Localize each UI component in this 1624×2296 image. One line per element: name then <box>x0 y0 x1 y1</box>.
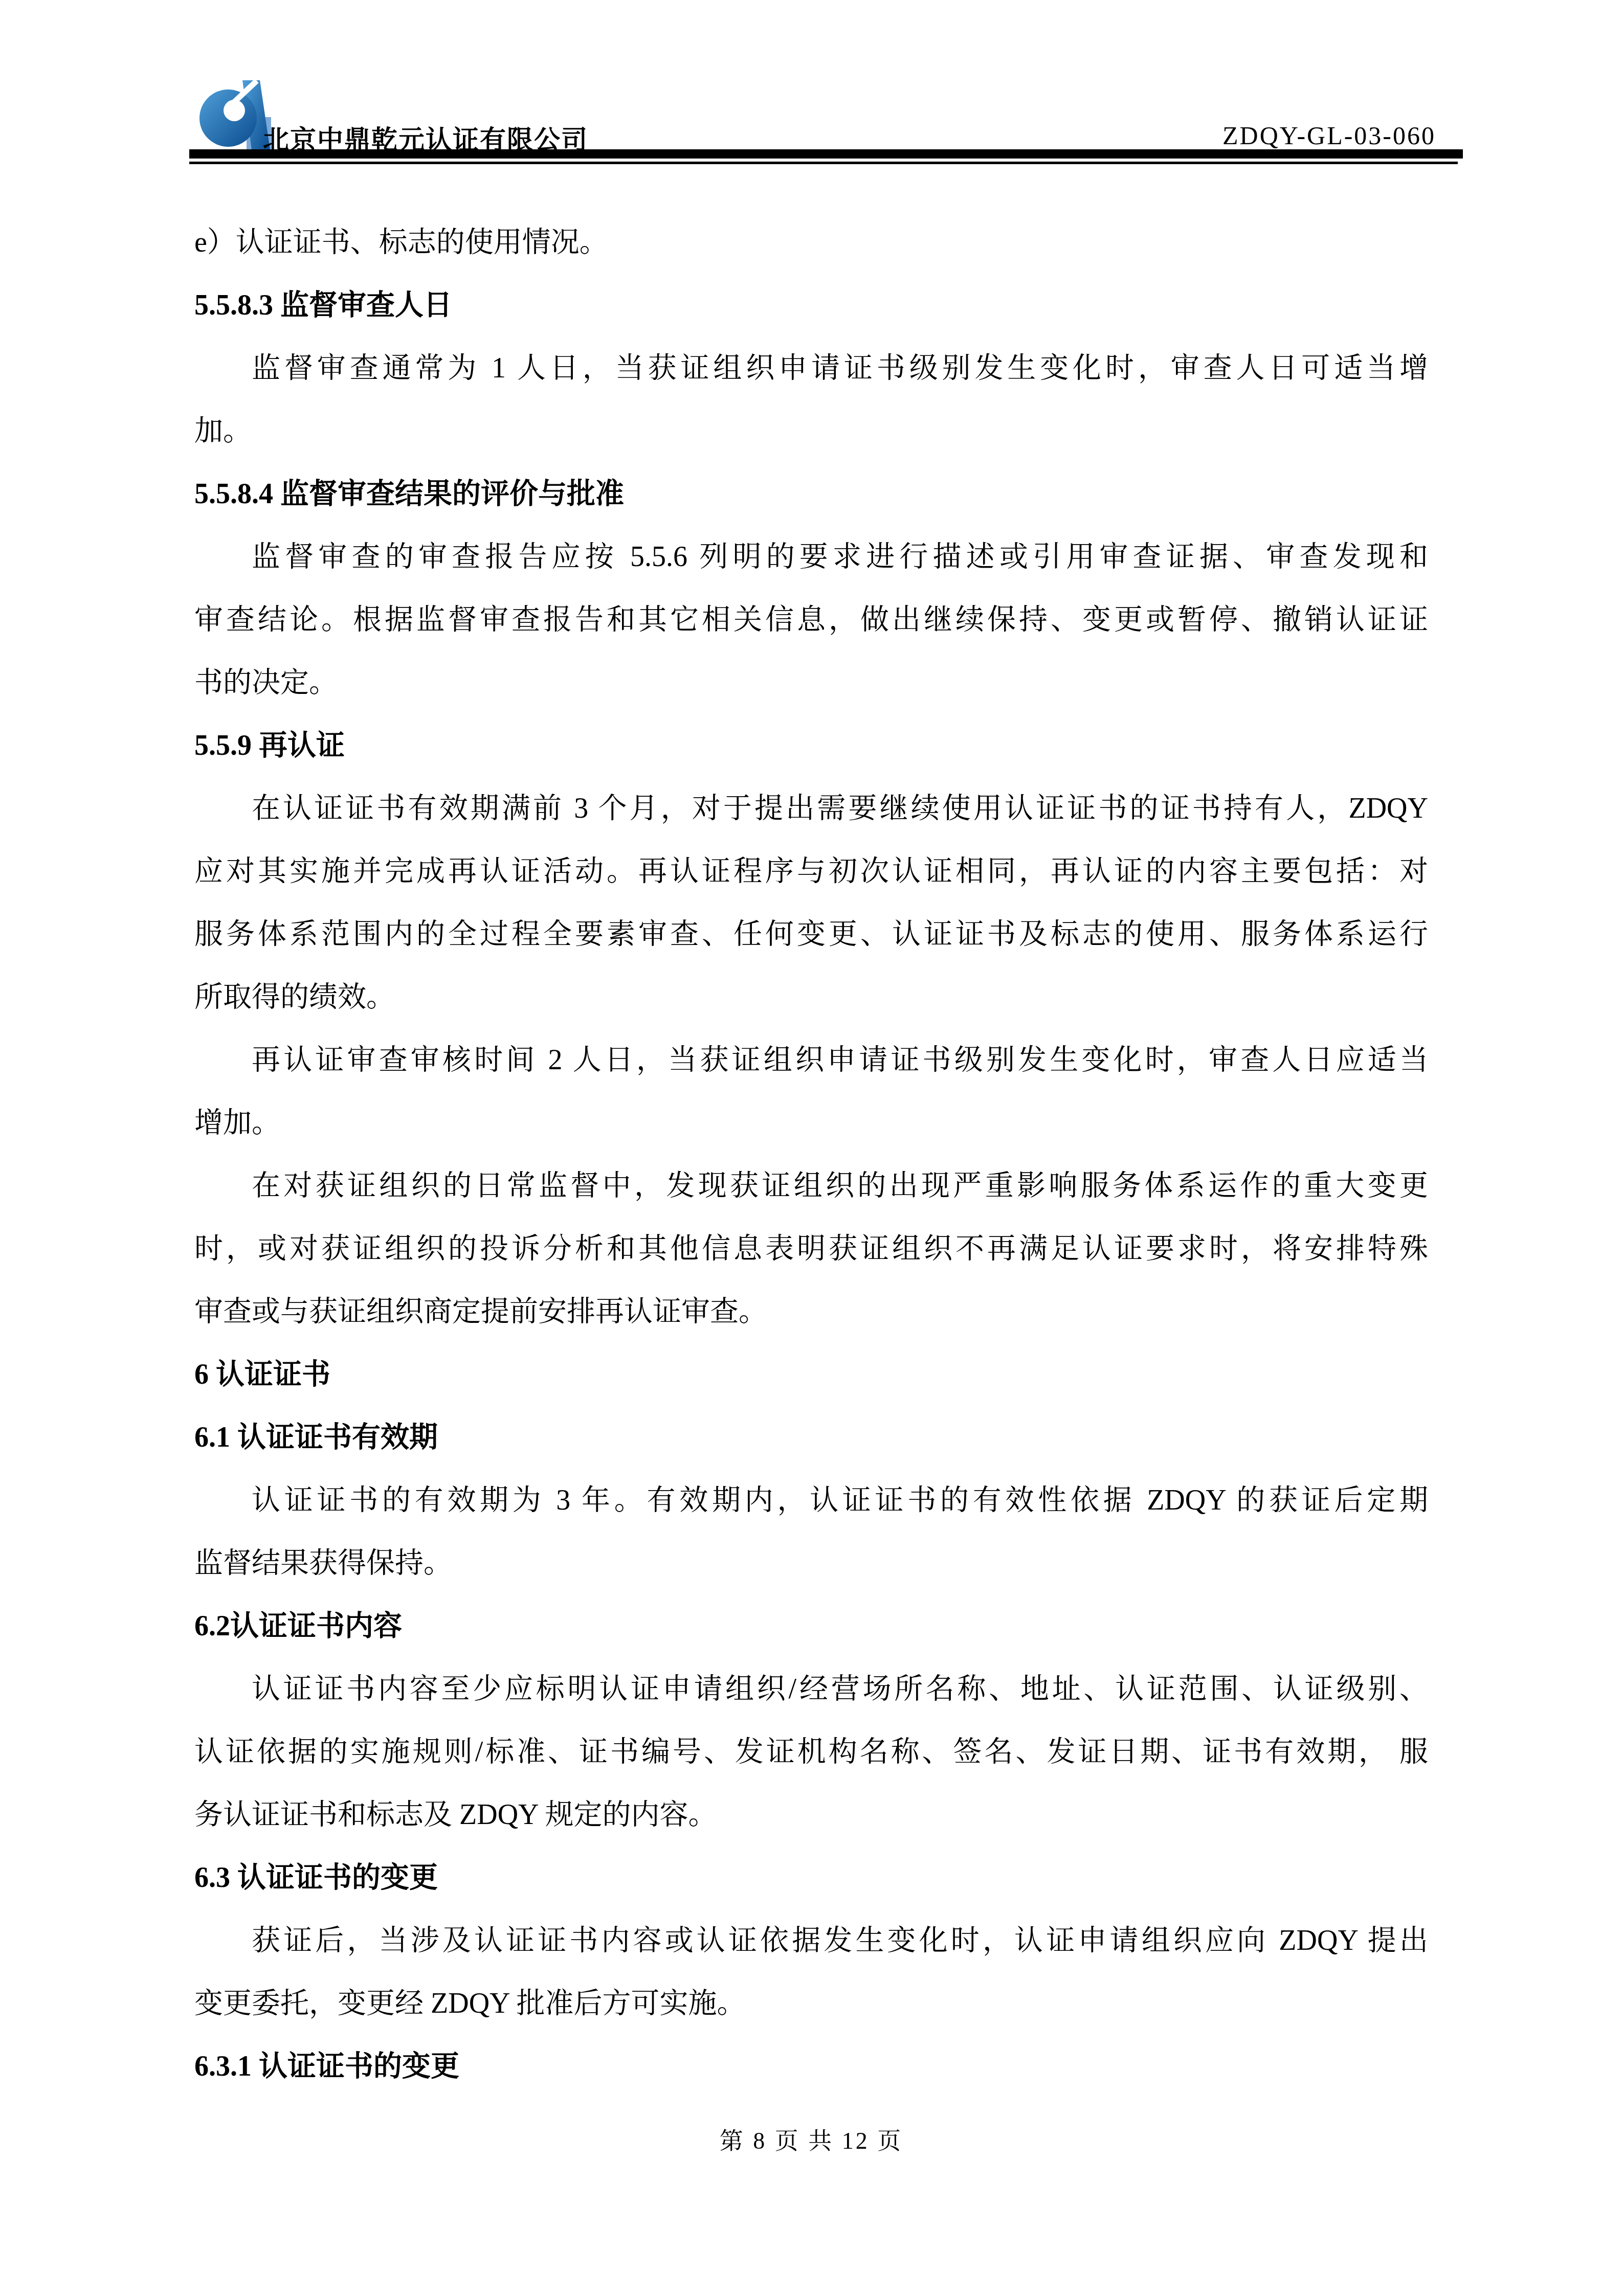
header-rule-thin <box>189 162 1458 164</box>
body-line: 再认证审查审核时间 2 人日，当获证组织申请证书级别发生变化时，审查人日应适当 <box>194 1029 1428 1092</box>
body-line: 审查结论。根据监督审查报告和其它相关信息，做出继续保持、变更或暂停、撤销认证证 <box>194 589 1428 651</box>
section-heading: 5.5.9 再认证 <box>194 714 1428 777</box>
body-line: 变更委托，变更经 ZDQY 批准后方可实施。 <box>194 1972 1428 2035</box>
body-line: 获证后，当涉及认证证书内容或认证依据发生变化时，认证申请组织应向 ZDQY 提出 <box>194 1909 1428 1972</box>
document-page: 北京中鼎乾元认证有限公司 ZDQY-GL-03-060 e）认证证书、标志的使用… <box>0 0 1624 2296</box>
section-heading: 6.2认证证书内容 <box>194 1595 1428 1658</box>
body-line: 增加。 <box>194 1092 1428 1155</box>
document-code: ZDQY-GL-03-060 <box>1222 121 1436 150</box>
page-number: 第 8 页 共 12 页 <box>194 2122 1428 2156</box>
zdqy-logo <box>198 80 271 150</box>
body-line: 服务体系范围内的全过程全要素审查、任何变更、认证证书及标志的使用、服务体系运行 <box>194 903 1428 966</box>
body-line: 认证证书内容至少应标明认证申请组织/经营场所名称、地址、认证范围、认证级别、 <box>194 1658 1428 1721</box>
body-line: 书的决定。 <box>194 651 1428 714</box>
section-heading: 5.5.8.4 监督审查结果的评价与批准 <box>194 463 1428 526</box>
body-line: 时，或对获证组织的投诉分析和其他信息表明获证组织不再满足认证要求时，将安排特殊 <box>194 1218 1428 1280</box>
body-line: 监督审查的审查报告应按 5.5.6 列明的要求进行描述或引用审查证据、审查发现和 <box>194 526 1428 589</box>
body-line: 监督结果获得保持。 <box>194 1532 1428 1595</box>
body-line: 在认证证书有效期满前 3 个月，对于提出需要继续使用认证证书的证书持有人，ZDQ… <box>194 777 1428 840</box>
document-body: e）认证证书、标志的使用情况。 5.5.8.3 监督审查人日 监督审查通常为 1… <box>194 211 1428 2098</box>
body-line: 加。 <box>194 400 1428 463</box>
body-line: 监督审查通常为 1 人日，当获证组织申请证书级别发生变化时，审查人日可适当增 <box>194 337 1428 400</box>
body-line: 所取得的绩效。 <box>194 966 1428 1029</box>
body-line: 认证证书的有效期为 3 年。有效期内，认证证书的有效性依据 ZDQY 的获证后定… <box>194 1469 1428 1532</box>
body-line: 务认证证书和标志及 ZDQY 规定的内容。 <box>194 1784 1428 1847</box>
body-line: 认证依据的实施规则/标准、证书编号、发证机构名称、签名、发证日期、证书有效期， … <box>194 1721 1428 1784</box>
header-rule-thick <box>189 149 1463 159</box>
section-heading: 6.3 认证证书的变更 <box>194 1847 1428 1909</box>
section-heading: 6.3.1 认证证书的变更 <box>194 2035 1428 2098</box>
body-line: 审查或与获证组织商定提前安排再认证审查。 <box>194 1280 1428 1343</box>
section-heading: 5.5.8.3 监督审查人日 <box>194 274 1428 337</box>
body-line: e）认证证书、标志的使用情况。 <box>194 211 1428 274</box>
section-heading: 6.1 认证证书有效期 <box>194 1406 1428 1469</box>
body-line: 在对获证组织的日常监督中，发现获证组织的出现严重影响服务体系运作的重大变更 <box>194 1155 1428 1218</box>
body-line: 应对其实施并完成再认证活动。再认证程序与初次认证相同，再认证的内容主要包括：对 <box>194 840 1428 903</box>
section-heading: 6 认证证书 <box>194 1343 1428 1406</box>
